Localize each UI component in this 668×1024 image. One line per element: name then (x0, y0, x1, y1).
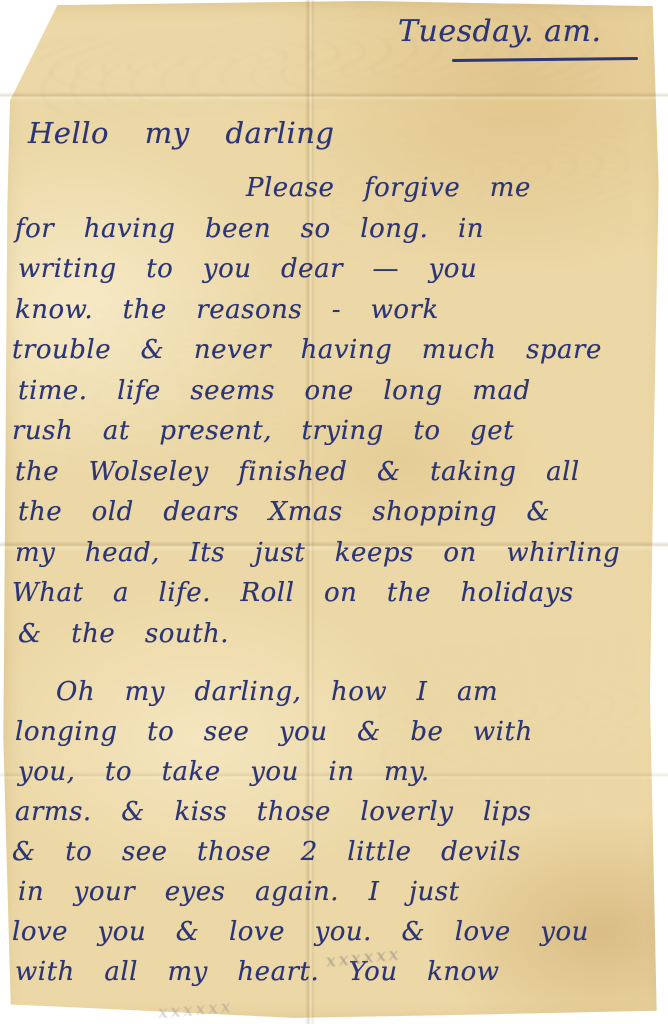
letter-line: for having been so long. in (12, 209, 658, 250)
letter-line: Oh my darling, how I am (12, 672, 658, 712)
letter-line: with all my heart. You know (12, 952, 658, 992)
salutation: Hello my darling (28, 116, 335, 150)
letter-line: What a life. Roll on the holidays (12, 573, 658, 614)
letter-line: know. the reasons - work (12, 290, 658, 331)
letter-line: Please forgive me (12, 168, 658, 209)
dateline: Tuesday. am. (398, 14, 601, 49)
letter-line: time. life seems one long mad (12, 371, 658, 412)
letter-line: trouble & never having much spare (12, 330, 658, 371)
letter-line: & to see those 2 little devils (12, 832, 658, 872)
paragraph-1: Please forgive me for having been so lon… (12, 168, 658, 654)
letter-line: longing to see you & be with (12, 712, 658, 752)
letter-line: writing to you dear — you (12, 249, 658, 290)
letter-line: my head, Its just keeps on whirling (12, 533, 658, 574)
letter-line: & the south. (12, 614, 658, 655)
letter-line: the Wolseley finished & taking all (12, 452, 658, 493)
letter-line: the old dears Xmas shopping & (12, 492, 658, 533)
letter-line: love you & love you. & love you (12, 912, 658, 952)
paragraph-2: Oh my darling, how I am longing to see y… (12, 672, 658, 992)
letter-scan: Tuesday. am. Hello my darling Please for… (0, 0, 668, 1024)
letter-line: arms. & kiss those loverly lips (12, 792, 658, 832)
letter-line: you, to take you in my. (12, 752, 658, 792)
letter-line: rush at present, trying to get (12, 411, 658, 452)
letter-line: in your eyes again. I just (12, 872, 658, 912)
